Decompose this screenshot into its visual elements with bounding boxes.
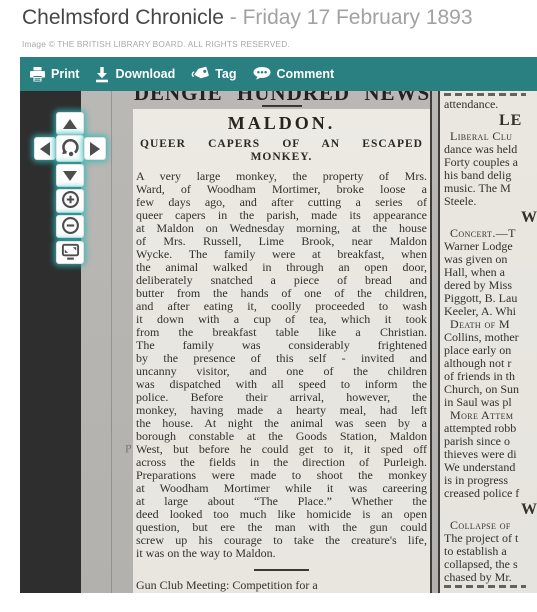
article-line: the house. At night the animal was seen … [136, 417, 427, 430]
article-line: at Maldon on Wednesday morning, at the h… [136, 222, 427, 235]
margin-mark: P [124, 443, 132, 456]
next-article-heading: Gun Club Meeting: Competition for aSilve… [136, 579, 427, 593]
article-line: across the fields in the direction of Pu… [136, 456, 427, 469]
article-line: screw up his courage to take the creatur… [136, 534, 427, 547]
zoom-out-button[interactable] [56, 215, 84, 238]
zoom-in-button[interactable] [56, 189, 84, 213]
article-title: MALDON. [136, 114, 427, 133]
article-line: uncanny visitor, and one of the children [136, 365, 427, 378]
article-line: at large about “The Place.” Whether the [136, 495, 427, 508]
newspaper-page[interactable]: DENGIE HUNDRED NEWS MALDON. QUEER CAPERS… [81, 91, 537, 593]
printer-icon [29, 66, 46, 83]
reset-rotation-icon [60, 137, 81, 161]
down-arrow-icon [63, 171, 77, 181]
print-label: Print [51, 67, 79, 81]
print-button[interactable]: Print [29, 66, 79, 83]
next-article-line: Gun Club Meeting: Competition for a [136, 579, 427, 592]
copyright-notice: Image © THE BRITISH LIBRARY BOARD. ALL R… [22, 39, 290, 49]
right-column: attendance.LELiberal Cludance was heldFo… [440, 91, 537, 593]
zoom-in-icon [61, 190, 80, 212]
cut-text-smudge [444, 585, 526, 588]
article-line: A very large monkey, the property of Mrs… [136, 170, 427, 183]
comment-icon [252, 66, 272, 82]
article-line: at Woodham Mortimer while it was careeri… [136, 482, 427, 495]
viewer-toolbar: Print Download Tag Comment [20, 57, 537, 91]
fullscreen-icon [60, 242, 81, 264]
tag-icon [190, 66, 210, 83]
article-line: question, but ere the man with the gun c… [136, 521, 427, 534]
pan-down-button[interactable] [56, 164, 84, 187]
cut-text-smudge [444, 93, 526, 96]
section-divider [262, 105, 302, 107]
fullscreen-button[interactable] [56, 241, 84, 264]
article-line: borough constable at the Goods Station, … [136, 430, 427, 443]
download-label: Download [115, 67, 175, 81]
up-arrow-icon [63, 119, 77, 129]
next-article-line: Silver Gun. A second meeting of the Mald… [136, 592, 427, 593]
pan-up-button[interactable] [56, 112, 84, 135]
masthead-headline: DENGIE HUNDRED NEWS [133, 91, 431, 104]
article-line: West, but before he could get to it, it … [136, 443, 427, 456]
article-body: A very large monkey, the property of Mrs… [136, 170, 427, 560]
tag-label: Tag [215, 67, 236, 81]
right-column-line: W [444, 500, 537, 519]
download-button[interactable]: Download [94, 66, 175, 83]
article-line: by the presence of this self - invited a… [136, 352, 427, 365]
article-divider [254, 569, 309, 571]
tag-button[interactable]: Tag [190, 66, 236, 83]
paper-fold-line [111, 91, 112, 593]
article-line: deed looked too much like homicide is an… [136, 508, 427, 521]
right-column-line: W [444, 208, 537, 227]
issue-date: - Friday 17 February 1893 [224, 6, 473, 29]
article-line: deliberately snatched a piece of bread a… [136, 274, 427, 287]
pan-left-button[interactable] [34, 137, 56, 160]
left-arrow-icon [40, 142, 50, 156]
article-line: and after eating it, coolly proceeded to… [136, 300, 427, 313]
article-line: of Mrs. Russell, Lime Brook, near Maldon [136, 235, 427, 248]
article-line: was dispatched with all speed to inform … [136, 378, 427, 391]
article-subtitle-line2: MONKEY. [136, 151, 427, 164]
right-column-line: creased police f [444, 487, 537, 500]
article-line: butter from the hands of one of the chil… [136, 287, 427, 300]
right-column-line: LE [444, 111, 537, 130]
page-title: Chelmsford Chronicle - Friday 17 Februar… [22, 6, 473, 30]
reset-view-button[interactable] [56, 135, 84, 162]
comment-button[interactable]: Comment [252, 66, 335, 82]
download-icon [94, 66, 110, 83]
article-line: it was on the way to Maldon. [136, 547, 427, 560]
comment-label: Comment [277, 67, 335, 81]
article-line: few days ago, and after cutting a series… [136, 196, 427, 209]
right-arrow-icon [90, 142, 100, 156]
article-line: Preparations were made to shoot the monk… [136, 469, 427, 482]
article-line: queer capers in the parish, made its app… [136, 209, 427, 222]
pan-right-button[interactable] [84, 137, 106, 160]
right-column-lines: attendance.LELiberal Cludance was heldFo… [444, 98, 537, 584]
publication-name: Chelmsford Chronicle [22, 6, 224, 29]
article-line: The family was considerably frightened [136, 339, 427, 352]
article-line: monkey, having made a hearty meal, had l… [136, 404, 427, 417]
right-column-line: attendance. [444, 98, 537, 111]
article-line: from the breakfast table like a Christia… [136, 326, 427, 339]
right-column-line: chased by Mr. [444, 571, 537, 584]
right-column-line: Steele. [444, 195, 537, 208]
article-line: it down with a cup of tea, which it took [136, 313, 427, 326]
article-block: MALDON. QUEER CAPERS OF AN ESCAPED MONKE… [133, 109, 430, 593]
image-viewer[interactable]: DENGIE HUNDRED NEWS MALDON. QUEER CAPERS… [20, 91, 537, 593]
article-line: Ward, of Woodham Mortimer, broke loose a [136, 183, 427, 196]
article-line: police. Before their arrival, however, t… [136, 391, 427, 404]
column-rule [430, 91, 432, 593]
article-subtitle-line1: QUEER CAPERS OF AN ESCAPED [136, 138, 427, 151]
article-line: the animal walked in through an open doo… [136, 261, 427, 274]
article-line: Wycke. The family were at breakfast, whe… [136, 248, 427, 261]
zoom-out-icon [61, 216, 80, 238]
